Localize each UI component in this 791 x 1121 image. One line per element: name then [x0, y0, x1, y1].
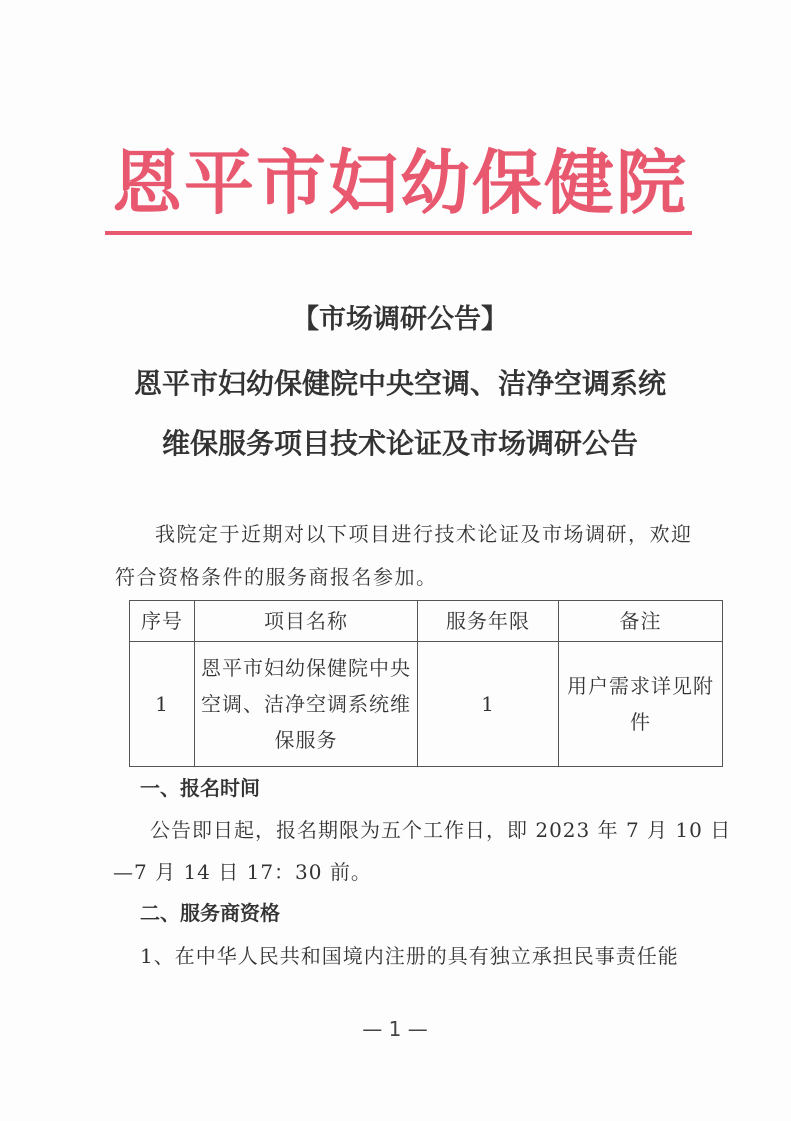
registration-time-line-2: —7 月 14 日 17：30 前。	[113, 860, 723, 884]
notice-title-line-2: 维保服务项目技术论证及市场调研公告	[80, 422, 720, 466]
section-heading-registration-time: 一、报名时间	[140, 775, 260, 801]
qualification-item-1: 1、在中华人民共和国境内注册的具有独立承担民事责任能	[140, 944, 750, 968]
table-row: 1 恩平市妇幼保健院中央空调、洁净空调系统维保服务 1 用户需求详见附件	[130, 642, 723, 767]
intro-paragraph-line-1: 我院定于近期对以下项目进行技术论证及市场调研，欢迎	[115, 522, 725, 546]
notice-title-line-1: 恩平市妇幼保健院中央空调、洁净空调系统	[80, 362, 720, 406]
column-header-no: 序号	[130, 601, 195, 642]
cell-years: 1	[418, 642, 559, 767]
section-heading-qualifications: 二、服务商资格	[140, 900, 280, 926]
registration-time-line-1: 公告即日起，报名期限为五个工作日，即 2023 年 7 月 10 日	[115, 818, 725, 842]
page-number: — 1 —	[345, 1017, 445, 1041]
table-header-row: 序号 项目名称 服务年限 备注	[130, 601, 723, 642]
masthead-divider	[105, 231, 692, 235]
column-header-note: 备注	[559, 601, 723, 642]
cell-note: 用户需求详见附件	[559, 642, 723, 767]
column-header-name: 项目名称	[195, 601, 418, 642]
cell-no: 1	[130, 642, 195, 767]
column-header-years: 服务年限	[418, 601, 559, 642]
project-table: 序号 项目名称 服务年限 备注 1 恩平市妇幼保健院中央空调、洁净空调系统维保服…	[129, 600, 723, 767]
notice-category: 【市场调研公告】	[100, 300, 700, 340]
intro-paragraph-line-2: 符合资格条件的服务商报名参加。	[115, 565, 725, 589]
organization-masthead: 恩平市妇幼保健院	[90, 138, 710, 228]
cell-name: 恩平市妇幼保健院中央空调、洁净空调系统维保服务	[195, 642, 418, 767]
